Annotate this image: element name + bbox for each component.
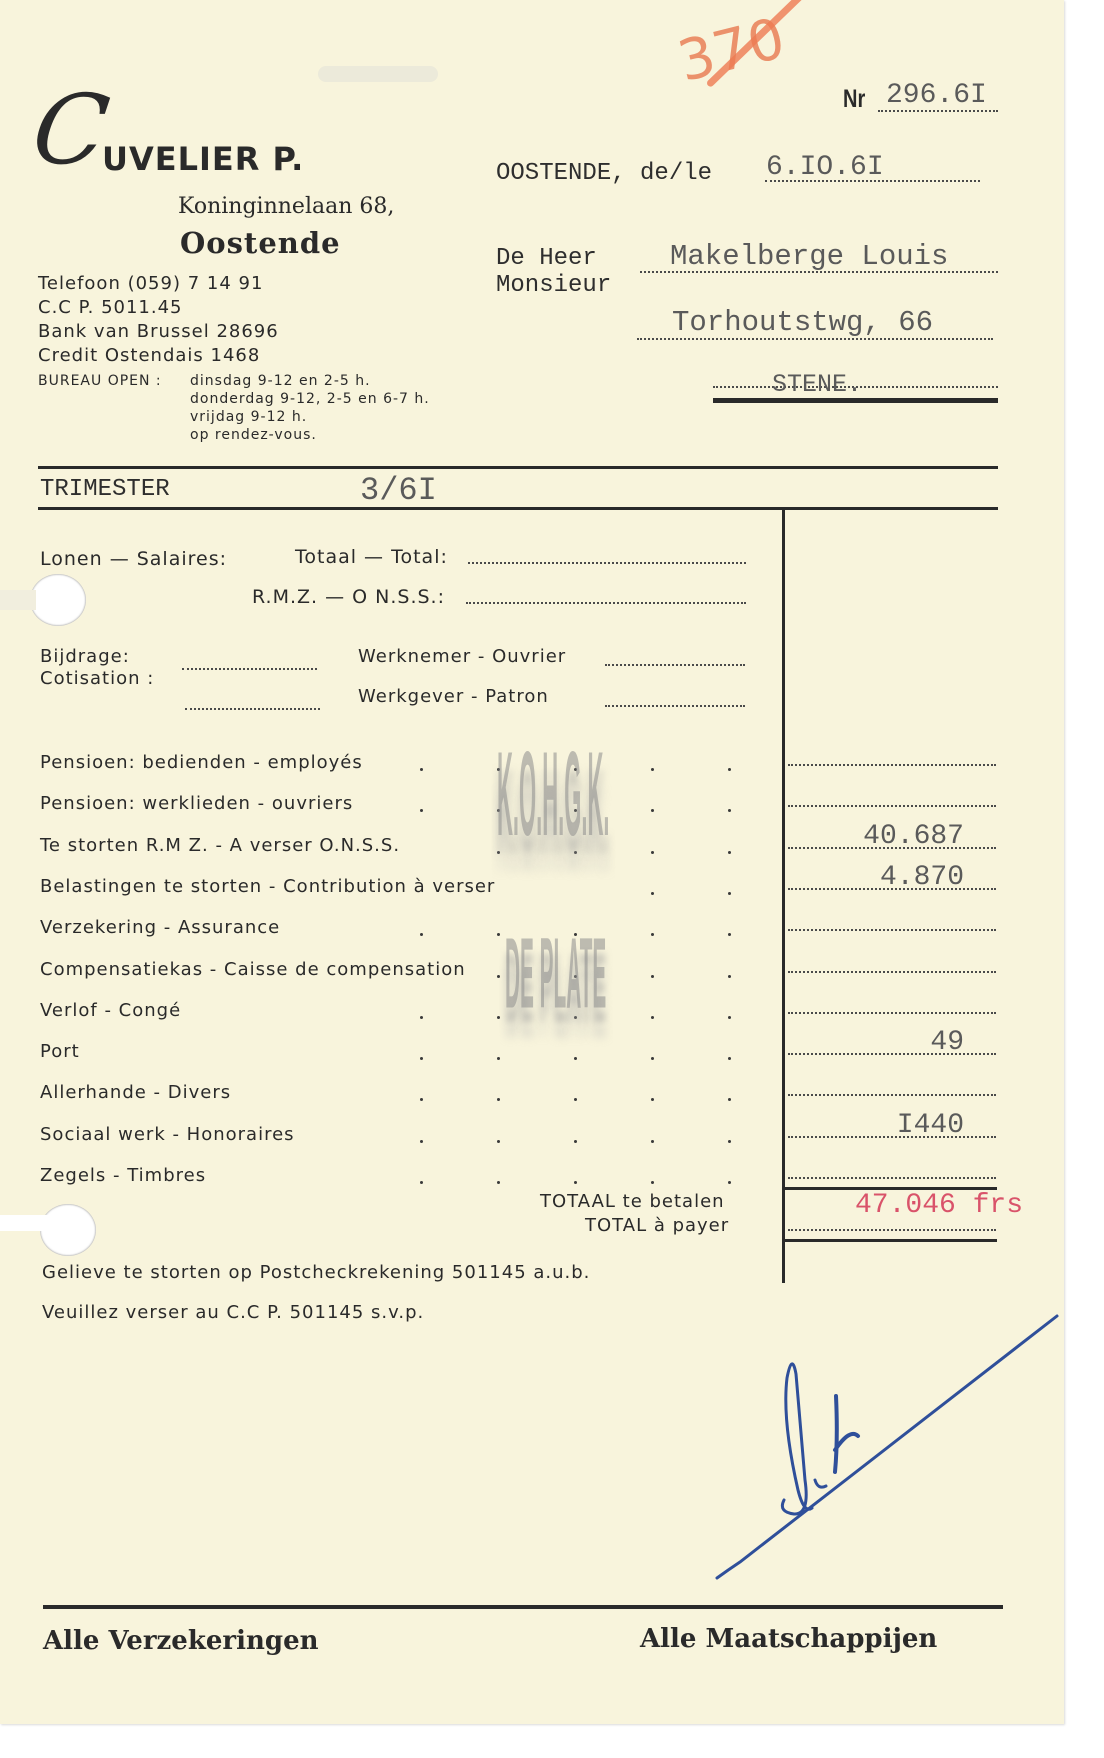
faint-pencil-mark (318, 66, 438, 82)
amount-column-divider (782, 508, 785, 1283)
employer-field (605, 705, 745, 707)
footer-right: Alle Maatschappijen (640, 1624, 937, 1654)
contact-ccp: C.C P. 5011.45 (38, 297, 183, 318)
leader-dot (420, 1016, 423, 1019)
total-value: 47.046 frs (855, 1190, 1023, 1221)
leader-dot (728, 1181, 731, 1184)
leader-dot (420, 1057, 423, 1060)
leader-dot (574, 1181, 577, 1184)
leader-dot (651, 933, 654, 936)
line-item-amount: 4.870 (880, 862, 964, 893)
line-item-label: Pensioen: bedienden - employés (40, 752, 363, 773)
torn-edge-top (0, 590, 36, 610)
leader-dot (420, 809, 423, 812)
company-city: Oostende (180, 226, 341, 260)
trimester-value: 3/6I (360, 472, 437, 509)
addressee-label-fr: Monsieur (496, 272, 611, 299)
line-item-amount-field (788, 1094, 996, 1096)
total-field-line (788, 1229, 996, 1231)
line-item-label: Zegels - Timbres (40, 1165, 206, 1186)
leader-dot (420, 768, 423, 771)
line-item-amount-field (788, 1177, 996, 1179)
line-item-label: Verzekering - Assurance (40, 917, 280, 938)
line-item-amount-field (788, 1136, 996, 1138)
worker-field (605, 664, 745, 666)
trimester-top-rule (38, 466, 998, 469)
addressee-street: Torhoutstwg, 66 (672, 306, 933, 339)
total-label-nl: TOTAAL te betalen (540, 1191, 725, 1212)
contribution-field-1 (182, 668, 317, 670)
footer-left: Alle Verzekeringen (43, 1626, 319, 1656)
line-item-label: Compensatiekas - Caisse de compensation (40, 959, 466, 980)
total-bottom-rule (785, 1239, 997, 1242)
leader-dot (574, 1057, 577, 1060)
leader-dot (497, 975, 500, 978)
contribution-label-fr: Cotisation : (40, 668, 154, 689)
line-item-amount-field (788, 929, 996, 931)
leader-dot (651, 975, 654, 978)
line-item-amount-field (788, 1012, 996, 1014)
salaries-total-field (468, 562, 746, 564)
addressee-city-rule (713, 398, 998, 403)
contribution-field-2 (185, 708, 320, 710)
hours-line: vrijdag 9-12 h. (190, 409, 307, 425)
leader-dot (728, 1057, 731, 1060)
leader-dot (651, 1098, 654, 1101)
date-value: 6.IO.6I (766, 152, 884, 183)
leader-dot (728, 975, 731, 978)
salaries-label: Lonen — Salaires: (40, 548, 227, 570)
company-name: UVELIER P. (102, 140, 304, 178)
salaries-total-label: Totaal — Total: (295, 546, 448, 568)
leader-dot (728, 851, 731, 854)
leader-dot (728, 1140, 731, 1143)
leader-dot (420, 1181, 423, 1184)
rmz-field (466, 602, 746, 604)
trimester-bottom-rule (38, 507, 998, 510)
leader-dot (497, 1057, 500, 1060)
nr-label: Nr (843, 85, 865, 114)
leader-dot (651, 1181, 654, 1184)
leader-dot (497, 1181, 500, 1184)
leader-dot (420, 1098, 423, 1101)
leader-dot (651, 851, 654, 854)
employer-label: Werkgever - Patron (358, 686, 549, 707)
leader-dot (651, 892, 654, 895)
leader-dot (728, 768, 731, 771)
hours-line: dinsdag 9-12 en 2-5 h. (190, 373, 371, 389)
line-item-amount-field (788, 971, 996, 973)
leader-dot (728, 1016, 731, 1019)
invoice-paper: C UVELIER P. Koninginnelaan 68, Oostende… (0, 0, 1064, 1724)
contact-bank: Bank van Brussel 28696 (38, 321, 279, 342)
line-item-label: Pensioen: werklieden - ouvriers (40, 793, 353, 814)
rmz-label: R.M.Z. — O N.S.S.: (252, 586, 445, 608)
contribution-label-nl: Bijdrage: (40, 646, 130, 667)
contact-telephone: Telefoon (059) 7 14 91 (38, 273, 263, 294)
leader-dot (497, 933, 500, 936)
line-item-amount-field (788, 805, 996, 807)
stamp-kohgk: K.O.H.G.K. (497, 730, 609, 865)
worker-label: Werknemer - Ouvrier (358, 646, 566, 667)
contact-credit: Credit Ostendais 1468 (38, 345, 260, 366)
company-street: Koninginnelaan 68, (178, 194, 394, 219)
addressee-city: STENE. (772, 370, 862, 399)
leader-dot (651, 1140, 654, 1143)
trimester-label: TRIMESTER (40, 476, 170, 503)
leader-dot (728, 892, 731, 895)
line-item-label: Allerhande - Divers (40, 1082, 231, 1103)
payment-note-fr: Veuillez verser au C.C P. 501145 s.v.p. (42, 1302, 424, 1323)
total-label-fr: TOTAL à payer (585, 1215, 729, 1236)
addressee-label-nl: De Heer (496, 245, 597, 272)
nr-value: 296.6I (886, 80, 987, 111)
leader-dot (651, 768, 654, 771)
line-item-amount-field (788, 764, 996, 766)
stamp-de-plate: DE PLATE (505, 920, 606, 1033)
line-item-amount: I440 (897, 1110, 964, 1141)
line-item-label: Belastingen te storten - Contribution à … (40, 876, 495, 897)
hours-line: op rendez-vous. (190, 427, 317, 443)
leader-dot (728, 933, 731, 936)
leader-dot (651, 1057, 654, 1060)
addressee-name: Makelberge Louis (670, 240, 948, 273)
line-item-amount: 40.687 (863, 821, 964, 852)
leader-dot (497, 1016, 500, 1019)
punch-hole-top (30, 574, 86, 626)
signature (700, 1300, 1070, 1590)
line-item-label: Te storten R.M Z. - A verser O.N.S.S. (40, 835, 400, 856)
bureau-open-label: BUREAU OPEN : (38, 373, 162, 389)
leader-dot (574, 1140, 577, 1143)
line-item-amount-field (788, 1053, 996, 1055)
leader-dot (497, 1098, 500, 1101)
line-item-label: Sociaal werk - Honoraires (40, 1124, 295, 1145)
leader-dot (574, 1098, 577, 1101)
place-date-label: OOSTENDE, de/le (496, 160, 712, 187)
leader-dot (651, 809, 654, 812)
line-item-amount: 49 (930, 1027, 964, 1058)
footer-rule (43, 1605, 1003, 1609)
leader-dot (497, 1140, 500, 1143)
line-item-label: Verlof - Congé (40, 1000, 181, 1021)
leader-dot (420, 1140, 423, 1143)
leader-dot (651, 1016, 654, 1019)
payment-note-nl: Gelieve te storten op Postcheckrekening … (42, 1262, 590, 1283)
line-item-label: Port (40, 1041, 80, 1062)
torn-slot-bottom (0, 1215, 50, 1231)
leader-dot (728, 809, 731, 812)
hours-line: donderdag 9-12, 2-5 en 6-7 h. (190, 391, 430, 407)
leader-dot (420, 933, 423, 936)
leader-dot (728, 1098, 731, 1101)
